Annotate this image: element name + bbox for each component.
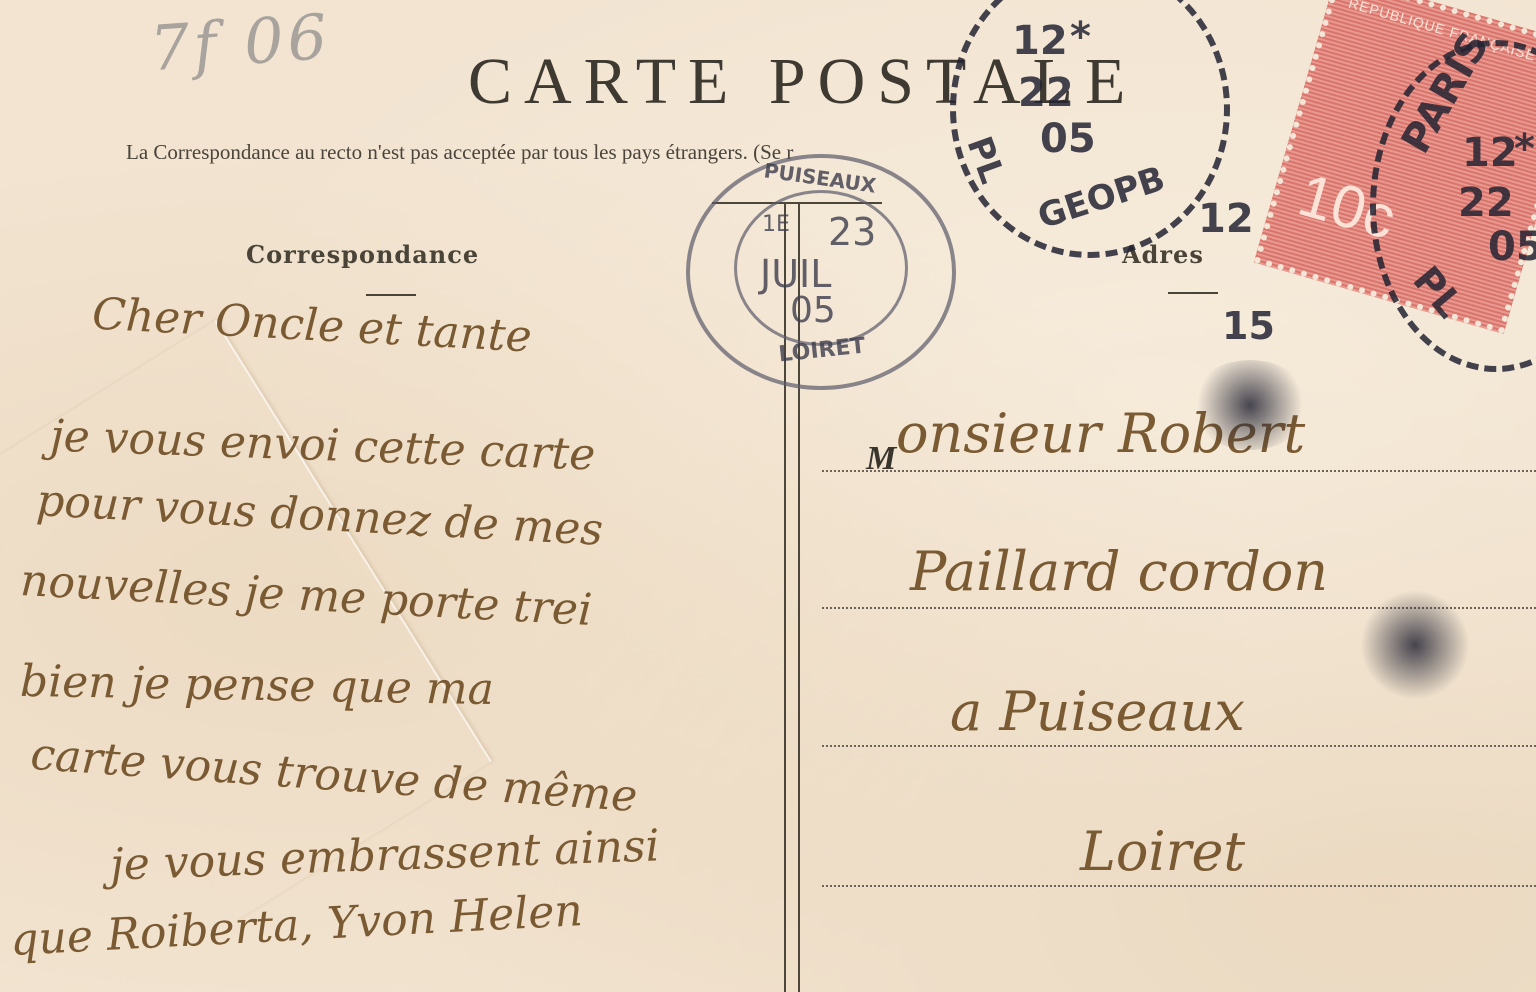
paris-right-time: 12: [1462, 130, 1518, 176]
address-line-4: [822, 885, 1536, 887]
postcard-subtitle: La Correspondance au recto n'est pas acc…: [126, 140, 793, 165]
letter-line: bien je pense que ma: [20, 656, 495, 715]
ink-smudge: [1360, 590, 1470, 700]
loiret-postmark-day: 23: [828, 210, 876, 254]
address-line-text: a Puiseaux: [950, 680, 1245, 743]
address-underline: [1168, 292, 1218, 294]
correspondence-label: Correspondance: [246, 240, 479, 269]
address-line-3: [822, 745, 1536, 747]
paris-left-year: 05: [1040, 116, 1096, 162]
loose-postmark-number: 15: [1222, 304, 1275, 348]
address-line-text: Loiret: [1080, 820, 1245, 883]
ink-smudge: [1190, 360, 1310, 450]
address-line-1: [822, 470, 1536, 472]
postcard-back: 7f 06 CARTE POSTALE La Correspondance au…: [0, 0, 1536, 992]
paris-left-day: 22: [1018, 70, 1074, 116]
letter-line: Cher Oncle et tante: [91, 289, 533, 363]
paris-right-year: 05: [1488, 224, 1536, 270]
paris-left-star: *: [1070, 14, 1091, 60]
correspondence-underline: [366, 294, 416, 296]
address-line-text: Paillard cordon: [910, 540, 1328, 603]
loiret-postmark-prefix: 1E: [762, 212, 790, 237]
letter-line: que Roiberta, Yvon Helen: [9, 885, 584, 966]
pencil-annotation: 7f 06: [148, 0, 334, 85]
paris-left-time: 12: [1012, 18, 1068, 64]
loiret-postmark-year: 05: [790, 290, 836, 331]
address-prefix: M: [866, 440, 896, 478]
paris-right-day: 22: [1458, 180, 1514, 226]
loose-postmark-number: 12: [1198, 196, 1254, 242]
paris-right-star: *: [1514, 126, 1535, 172]
